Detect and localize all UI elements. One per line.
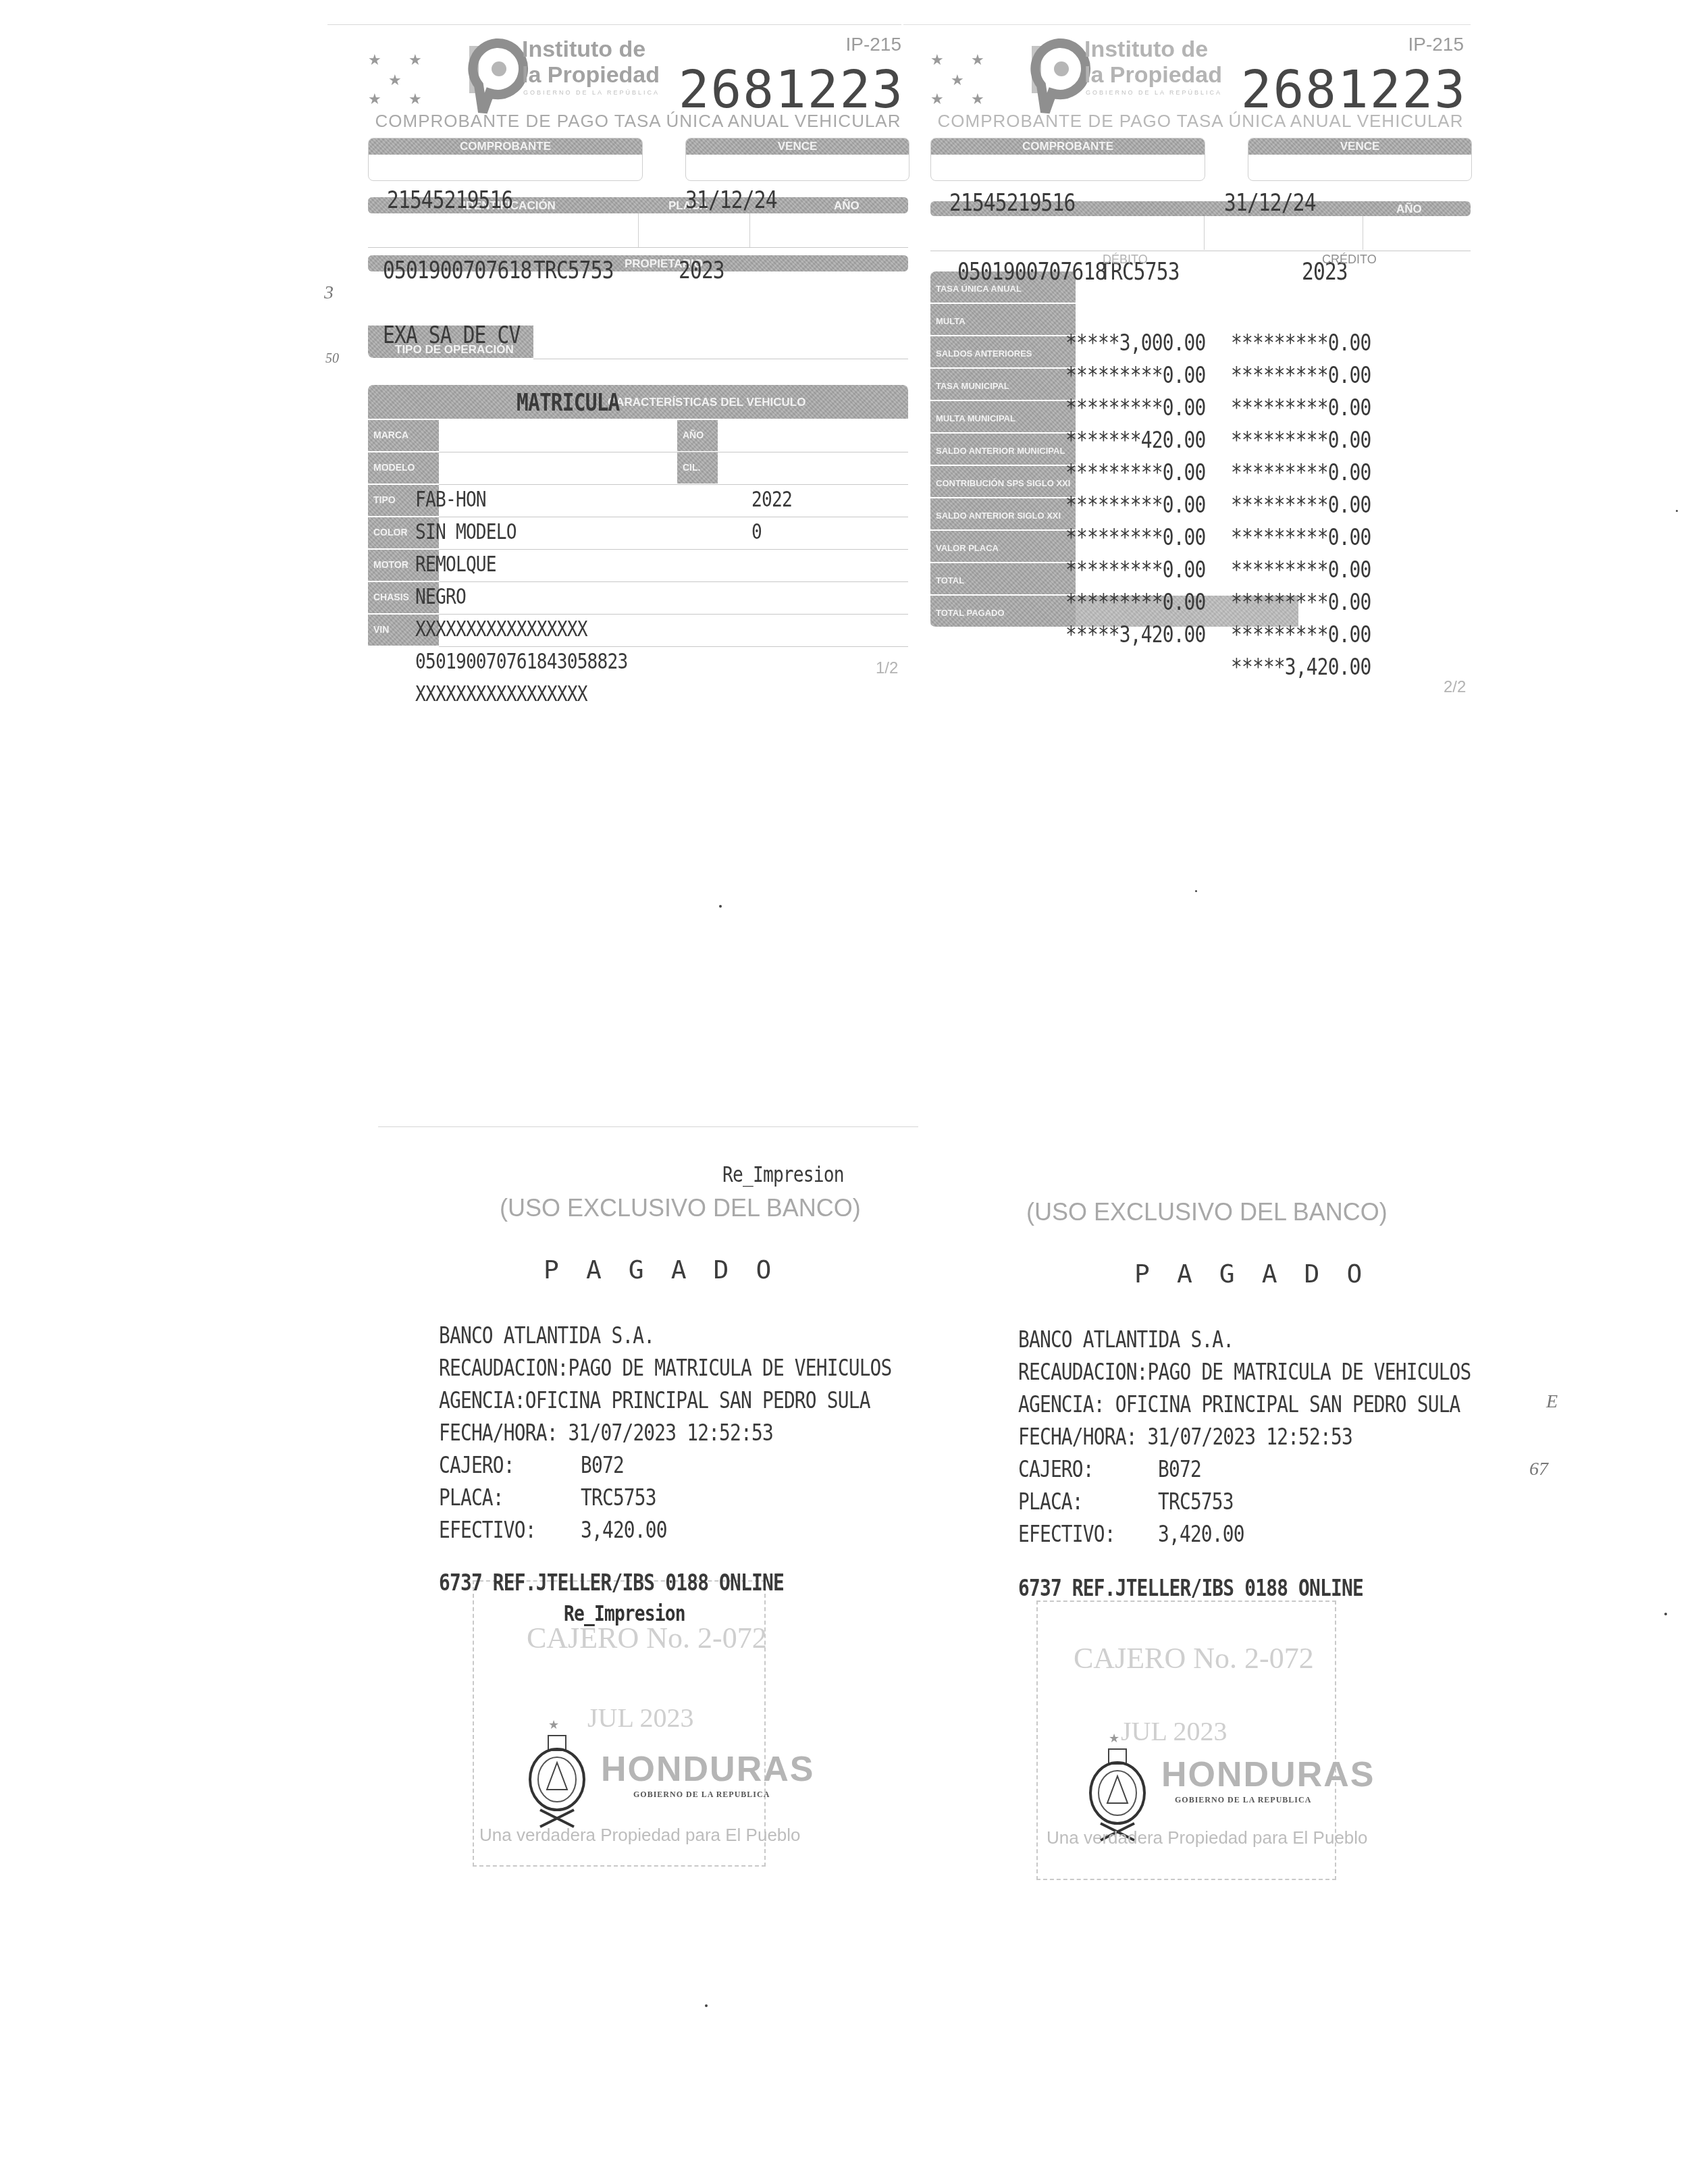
credit-amount: *********0.00 <box>1231 394 1371 421</box>
svg-text:★: ★ <box>1109 1732 1119 1745</box>
fee-label: SALDO ANTERIOR SIGLO XXI <box>930 498 1076 531</box>
credit-amount: *********0.00 <box>1231 362 1371 389</box>
vence-box: VENCE <box>1248 138 1472 181</box>
fee-label: SALDOS ANTERIORES <box>930 336 1076 369</box>
vehicle-field-label: MODELO <box>368 452 439 485</box>
margin-note: 3 <box>324 282 334 304</box>
datetime-row: FECHA/HORA: 31/07/2023 12:52:53 <box>1018 1424 1352 1451</box>
debit-amount: *********0.00 <box>1065 459 1206 486</box>
country-wordmark: HONDURAS <box>1161 1754 1375 1795</box>
government-label: GOBIERNO DE LA REPUBLICA <box>1175 1795 1311 1805</box>
cash-value: 3,420.00 <box>1158 1521 1244 1548</box>
honduras-coat-of-arms-icon: ★ <box>1080 1729 1155 1844</box>
vehicle-cylinders: 0 <box>751 519 762 544</box>
stamp-cashier-text: CAJERO No. 2-072 <box>1074 1641 1314 1675</box>
vehicle-chassis: NEGRO <box>415 583 466 609</box>
fee-label: MULTA MUNICIPAL <box>930 401 1076 434</box>
issuer-name: Instituto dela Propiedad <box>1084 36 1222 88</box>
credit-amount: *********0.00 <box>1231 589 1371 616</box>
cash-label: EFECTIVO: <box>439 1517 536 1544</box>
page-number: 1/2 <box>876 659 898 678</box>
country-wordmark: HONDURAS <box>601 1749 814 1790</box>
margin-note: 50 <box>325 351 339 367</box>
fee-label: MULTA <box>930 304 1076 336</box>
debit-amount: *********0.00 <box>1065 394 1206 421</box>
credit-amount: *********0.00 <box>1231 524 1371 551</box>
registration-label: MATRICULA <box>517 389 620 417</box>
margin-note: E <box>1546 1391 1558 1413</box>
fee-label: VALOR PLACA <box>930 531 1076 563</box>
vehicle-motor: REMOLQUE <box>415 551 496 577</box>
collection-type: RECAUDACION:PAGO DE MATRICULA DE VEHICUL… <box>439 1355 892 1382</box>
collection-type: RECAUDACION:PAGO DE MATRICULA DE VEHICUL… <box>1018 1359 1471 1386</box>
comprobante-box: COMPROBANTE <box>368 138 643 181</box>
page-number: 2/2 <box>1444 678 1466 697</box>
vehicle-type: FAB-HON <box>415 486 486 512</box>
issuer-subline: GOBIERNO DE LA REPÚBLICA <box>1086 89 1222 96</box>
cashier-label: CAJERO: <box>1018 1456 1094 1483</box>
document-title: COMPROBANTE DE PAGO TASA ÚNICA ANUAL VEH… <box>930 111 1471 132</box>
honduras-coat-of-arms-icon: ★ <box>520 1715 594 1830</box>
issuer-name: Instituto dela Propiedad <box>522 36 660 88</box>
reprint-footer: Re_Impresion <box>564 1601 685 1626</box>
form-code: IP-215 <box>846 34 902 55</box>
cashier-value: B072 <box>1158 1456 1201 1483</box>
reprint-header: Re_Impresion <box>722 1162 844 1187</box>
fee-label: TASA MUNICIPAL <box>930 369 1076 401</box>
margin-note: 67 <box>1529 1459 1548 1480</box>
stamp-date: JUL 2023 <box>587 1702 693 1734</box>
fee-label: TOTAL <box>930 563 1076 596</box>
payment-slip-page-2: ★★★ ★★ Instituto dela Propiedad GOBIERNO… <box>930 24 1471 700</box>
credit-amount: *********0.00 <box>1231 556 1371 583</box>
vehicle-extra: XXXXXXXXXXXXXXXXX <box>415 681 587 706</box>
cashier-value: B072 <box>581 1452 624 1479</box>
fee-label: SALDO ANTERIOR MUNICIPAL <box>930 434 1076 466</box>
form-code: IP-215 <box>1408 34 1464 55</box>
svg-text:★: ★ <box>548 1718 559 1732</box>
debit-amount: *********0.00 <box>1065 589 1206 616</box>
paid-status: PAGADO <box>1134 1259 1389 1289</box>
comprobante-number: 21545219516 <box>949 189 1075 217</box>
plate-label: PLACA: <box>1018 1488 1083 1515</box>
fee-label: CONTRIBUCIÓN SPS SIGLO XXI <box>930 466 1076 498</box>
debit-amount: *****3,420.00 <box>1065 621 1206 648</box>
vence-box: VENCE <box>685 138 909 181</box>
credit-amount: *********0.00 <box>1231 621 1371 648</box>
credit-amount: *********0.00 <box>1231 427 1371 454</box>
vehicle-field-label: MARCA <box>368 420 439 452</box>
debit-amount: *****3,000.00 <box>1065 330 1206 357</box>
slogan: Una verdadera Propiedad para El Pueblo <box>479 1825 801 1846</box>
total-paid-amount: *****3,420.00 <box>1231 654 1371 681</box>
document-title: COMPROBANTE DE PAGO TASA ÚNICA ANUAL VEH… <box>368 111 908 132</box>
plate-value: TRC5753 <box>581 1484 656 1511</box>
government-label: GOBIERNO DE LA REPUBLICA <box>633 1790 770 1800</box>
bank-receipt-reprint: Re_Impresion (USO EXCLUSIVO DEL BANCO) P… <box>378 1108 972 1884</box>
bank-name: BANCO ATLANTIDA S.A. <box>439 1322 654 1349</box>
bank-use-label: (USO EXCLUSIVO DEL BANCO) <box>500 1194 861 1222</box>
debit-amount: *******420.00 <box>1065 427 1206 454</box>
plate-label: PLACA: <box>439 1484 504 1511</box>
cashier-label: CAJERO: <box>439 1452 514 1479</box>
cash-label: EFECTIVO: <box>1018 1521 1115 1548</box>
vehicle-vin: XXXXXXXXXXXXXXXXX <box>415 616 587 642</box>
bank-receipt: (USO EXCLUSIVO DEL BANCO) PAGADO BANCO A… <box>972 1108 1566 1884</box>
owner-id: 0501900707618 <box>383 257 531 284</box>
vehicle-year: 2022 <box>751 486 792 512</box>
credit-amount: *********0.00 <box>1231 330 1371 357</box>
credit-amount: *********0.00 <box>1231 459 1371 486</box>
comprobante-number: 21545219516 <box>387 186 512 214</box>
agency: AGENCIA: OFICINA PRINCIPAL SAN PEDRO SUL… <box>1018 1391 1460 1418</box>
vehicle-color: SIN MODELO <box>415 519 517 544</box>
issuer-subline: GOBIERNO DE LA REPÚBLICA <box>523 89 660 96</box>
year: 2023 <box>679 257 724 284</box>
slogan: Una verdadera Propiedad para El Pueblo <box>1047 1827 1368 1848</box>
debit-amount: *********0.00 <box>1065 556 1206 583</box>
vehicle-code: 05019007076184305882​3 <box>415 648 628 674</box>
year-tab: AÑO <box>677 420 718 451</box>
reference-line: 6737 REF.JTELLER/IBS 0188 ONLINE <box>439 1569 784 1596</box>
due-date: 31/12/24 <box>1224 189 1316 217</box>
debit-amount: *********0.00 <box>1065 492 1206 519</box>
operation-value: EXA SA DE CV <box>383 321 520 349</box>
paid-status: PAGADO <box>544 1255 798 1284</box>
comprobante-box: COMPROBANTE <box>930 138 1205 181</box>
debit-header: DÉBITO <box>1103 253 1148 267</box>
debit-amount: *********0.00 <box>1065 362 1206 389</box>
credit-amount: *********0.00 <box>1231 492 1371 519</box>
cylinders-tab: CIL. <box>677 452 718 484</box>
reference-line: 6737 REF.JTELLER/IBS 0188 ONLINE <box>1018 1575 1363 1602</box>
plate-value: TRC5753 <box>1158 1488 1234 1515</box>
bank-name: BANCO ATLANTIDA S.A. <box>1018 1326 1234 1353</box>
datetime-row: FECHA/HORA: 31/07/2023 12:52:53 <box>439 1420 773 1447</box>
credit-header: CRÉDITO <box>1322 253 1377 267</box>
bank-use-label: (USO EXCLUSIVO DEL BANCO) <box>1026 1198 1388 1226</box>
due-date: 31/12/24 <box>685 186 777 214</box>
plate: TRC5753 <box>533 257 614 284</box>
owner-id: 0501900707618 <box>957 258 1106 286</box>
vehicle-characteristics-band: CARACTERÍSTICAS DEL VEHICULO <box>368 385 908 419</box>
debit-amount: *********0.00 <box>1065 524 1206 551</box>
fee-label: TOTAL PAGADO <box>930 596 1076 628</box>
agency: AGENCIA:OFICINA PRINCIPAL SAN PEDRO SULA <box>439 1387 870 1414</box>
cash-value: 3,420.00 <box>581 1517 667 1544</box>
payment-slip-page-1: ★★★ ★★ Instituto dela Propiedad GOBIERNO… <box>368 24 908 700</box>
